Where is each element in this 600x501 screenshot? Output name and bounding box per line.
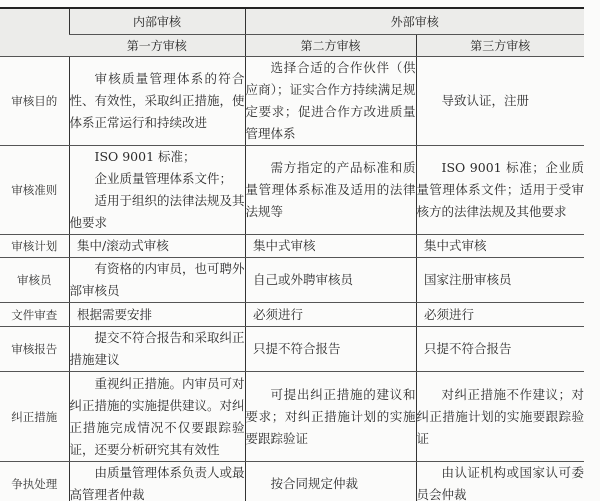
table-title-cropped — [150, 0, 450, 4]
header-first-party: 第一方审核 — [69, 35, 245, 57]
cell-third-party: 导致认证，注册 — [416, 57, 584, 146]
cell-text: 国家注册审核员 — [417, 269, 585, 291]
cell-text: 可提出纠正措施的建议和要求；对纠正措施计划的实施要跟踪验证 — [246, 384, 416, 450]
cell-second-party: 只提不符合报告 — [245, 327, 416, 372]
cell-second-party: 按合同规定仲裁 — [245, 462, 416, 501]
cell-text: 审核质量管理体系的符合性、有效性，采取纠正措施，使体系正常运行和持续改进 — [70, 68, 245, 134]
cell-text: 集中式审核 — [417, 235, 585, 257]
table-row-auditor: 审核员 有资格的内审员，也可聘外部审核员 自己或外聘审核员 国家注册审核员 — [0, 258, 584, 303]
cell-second-party: 需方指定的产品标准和质量管理体系标准及适用的法律法规等 — [245, 146, 416, 235]
cell-text: 根据需要安排 — [70, 304, 245, 326]
cell-text: 按合同规定仲裁 — [246, 473, 416, 495]
cell-text: 重视纠正措施。内审员可对纠正措施的实施提供建议。对纠正措施完成情况不仅要跟踪验证… — [70, 373, 245, 461]
cell-text: 集中式审核 — [246, 235, 416, 257]
cell-third-party: 由认证机构或国家认可委员会仲裁 — [416, 462, 584, 501]
cell-text: 选择合适的合作伙伴（供应商）；证实合作方持续满足规定要求；促进合作方改进质量管理… — [246, 57, 416, 145]
cell-text: 只提不符合报告 — [246, 338, 416, 360]
cell-text: 对纠正措施不作建议；对纠正措施计划的实施要跟踪验证 — [417, 384, 585, 450]
header-second-party: 第二方审核 — [245, 35, 416, 57]
cell-first-party: 提交不符合报告和采取纠正措施建议 — [69, 327, 245, 372]
row-label: 文件审查 — [0, 303, 69, 327]
cell-first-party: 由质量管理体系负责人或最高管理者仲裁 — [69, 462, 245, 501]
cell-third-party: 只提不符合报告 — [416, 327, 584, 372]
header-sub-row: 第一方审核 第二方审核 第三方审核 — [0, 35, 584, 57]
cell-second-party: 必须进行 — [245, 303, 416, 327]
table-row-corrective-action: 纠正措施 重视纠正措施。内审员可对纠正措施的实施提供建议。对纠正措施完成情况不仅… — [0, 372, 584, 462]
row-label: 审核准则 — [0, 146, 69, 235]
row-label: 审核员 — [0, 258, 69, 303]
header-corner — [0, 8, 69, 57]
table-row-dispute-resolution: 争执处理 由质量管理体系负责人或最高管理者仲裁 按合同规定仲裁 由认证机构或国家… — [0, 462, 584, 501]
table-row-audit-criteria: 审核准则 ISO 9001 标准； 企业质量管理体系文件； 适用于组织的法律法规… — [0, 146, 584, 235]
cell-third-party: 集中式审核 — [416, 235, 584, 258]
cell-second-party: 自己或外聘审核员 — [245, 258, 416, 303]
header-internal-audit: 内部审核 — [69, 8, 245, 35]
table-row-audit-report: 审核报告 提交不符合报告和采取纠正措施建议 只提不符合报告 只提不符合报告 — [0, 327, 584, 372]
header-group-row: 内部审核 外部审核 — [0, 8, 584, 35]
cell-first-party: 有资格的内审员，也可聘外部审核员 — [69, 258, 245, 303]
table-row-audit-purpose: 审核目的 审核质量管理体系的符合性、有效性，采取纠正措施，使体系正常运行和持续改… — [0, 57, 584, 146]
cell-text: 导致认证，注册 — [417, 90, 585, 112]
cell-text: ISO 9001 标准；企业质量管理体系文件；适用于受审核方的法律法规及其他要求 — [417, 157, 585, 223]
cell-text: 适用于组织的法律法规及其他要求 — [70, 190, 245, 234]
cell-text: 自己或外聘审核员 — [246, 269, 416, 291]
cell-text: 必须进行 — [246, 304, 416, 326]
cell-text: 有资格的内审员，也可聘外部审核员 — [70, 258, 245, 302]
cell-first-party: ISO 9001 标准； 企业质量管理体系文件； 适用于组织的法律法规及其他要求 — [69, 146, 245, 235]
cell-second-party: 选择合适的合作伙伴（供应商）；证实合作方持续满足规定要求；促进合作方改进质量管理… — [245, 57, 416, 146]
cell-text: ISO 9001 标准； — [70, 146, 245, 168]
cell-third-party: 对纠正措施不作建议；对纠正措施计划的实施要跟踪验证 — [416, 372, 584, 462]
audit-comparison-table: 内部审核 外部审核 第一方审核 第二方审核 第三方审核 审核目的 审核质量管理体… — [0, 7, 584, 501]
header-third-party: 第三方审核 — [416, 35, 584, 57]
cell-third-party: 必须进行 — [416, 303, 584, 327]
table-row-document-review: 文件审查 根据需要安排 必须进行 必须进行 — [0, 303, 584, 327]
cell-text: 需方指定的产品标准和质量管理体系标准及适用的法律法规等 — [246, 157, 416, 223]
row-label: 审核计划 — [0, 235, 69, 258]
table-row-audit-plan: 审核计划 集中/滚动式审核 集中式审核 集中式审核 — [0, 235, 584, 258]
cell-second-party: 集中式审核 — [245, 235, 416, 258]
cell-first-party: 重视纠正措施。内审员可对纠正措施的实施提供建议。对纠正措施完成情况不仅要跟踪验证… — [69, 372, 245, 462]
row-label: 纠正措施 — [0, 372, 69, 462]
cell-text: 必须进行 — [417, 304, 585, 326]
row-label: 争执处理 — [0, 462, 69, 501]
cell-first-party: 审核质量管理体系的符合性、有效性，采取纠正措施，使体系正常运行和持续改进 — [69, 57, 245, 146]
cell-first-party: 根据需要安排 — [69, 303, 245, 327]
cell-first-party: 集中/滚动式审核 — [69, 235, 245, 258]
cell-text: 企业质量管理体系文件； — [70, 168, 245, 190]
cell-third-party: ISO 9001 标准；企业质量管理体系文件；适用于受审核方的法律法规及其他要求 — [416, 146, 584, 235]
cell-second-party: 可提出纠正措施的建议和要求；对纠正措施计划的实施要跟踪验证 — [245, 372, 416, 462]
cell-text: 提交不符合报告和采取纠正措施建议 — [70, 327, 245, 371]
cell-text: 由认证机构或国家认可委员会仲裁 — [417, 462, 585, 501]
row-label: 审核目的 — [0, 57, 69, 146]
header-external-audit: 外部审核 — [245, 8, 584, 35]
cell-text: 由质量管理体系负责人或最高管理者仲裁 — [70, 462, 245, 501]
cell-text: 只提不符合报告 — [417, 338, 585, 360]
cell-text: 集中/滚动式审核 — [70, 235, 245, 257]
cell-third-party: 国家注册审核员 — [416, 258, 584, 303]
row-label: 审核报告 — [0, 327, 69, 372]
